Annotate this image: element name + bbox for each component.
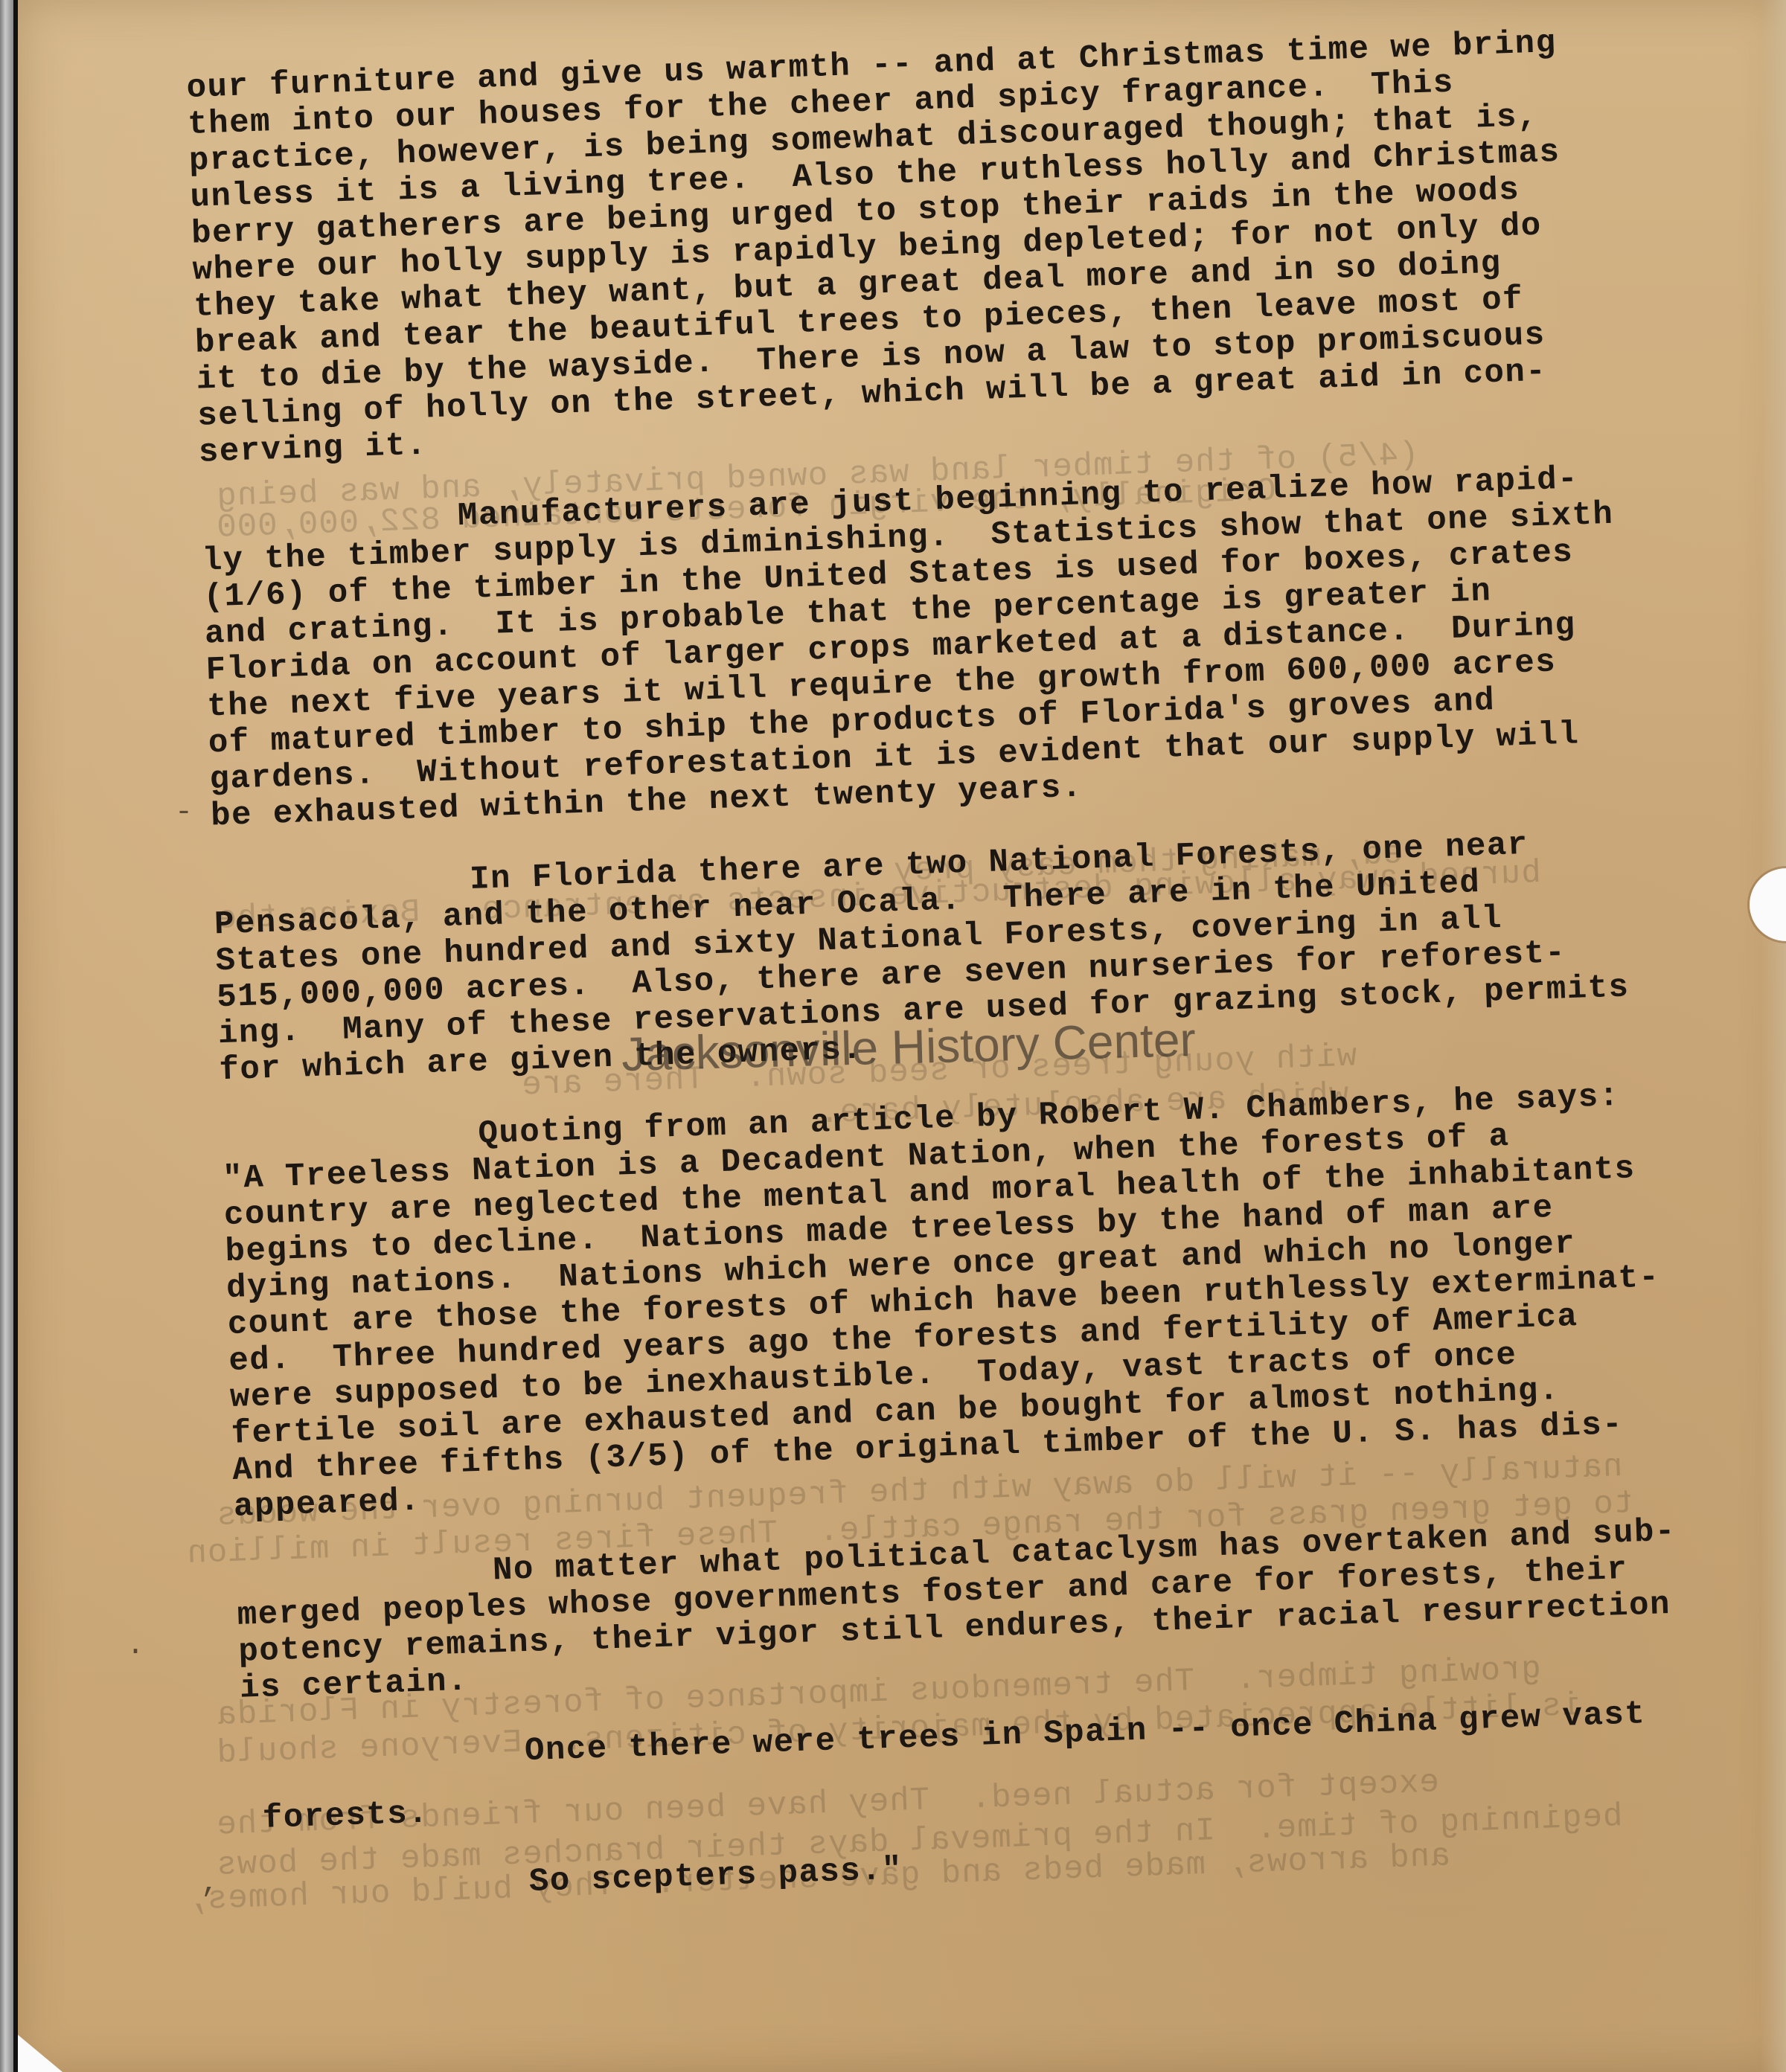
- stray-ink-mark: -: [175, 796, 193, 830]
- paragraph-holly: our furniture and give us warmth -- and …: [186, 20, 1724, 472]
- stray-ink-mark: ,: [201, 1867, 219, 1901]
- scanner-frame-edge: [0, 0, 13, 2072]
- torn-corner: [18, 2035, 63, 2072]
- paragraph-political-cataclysm: No matter what political cataclysm has o…: [235, 1511, 1764, 1707]
- paragraph-chambers-quote: Quoting from an article by Robert W. Cha…: [221, 1074, 1759, 1526]
- paragraph-manufacturers: Manufacturers are just beginning to real…: [200, 457, 1735, 835]
- typewritten-text: our furniture and give us warmth -- and …: [186, 20, 1772, 1911]
- stray-ink-mark: .: [127, 1629, 144, 1663]
